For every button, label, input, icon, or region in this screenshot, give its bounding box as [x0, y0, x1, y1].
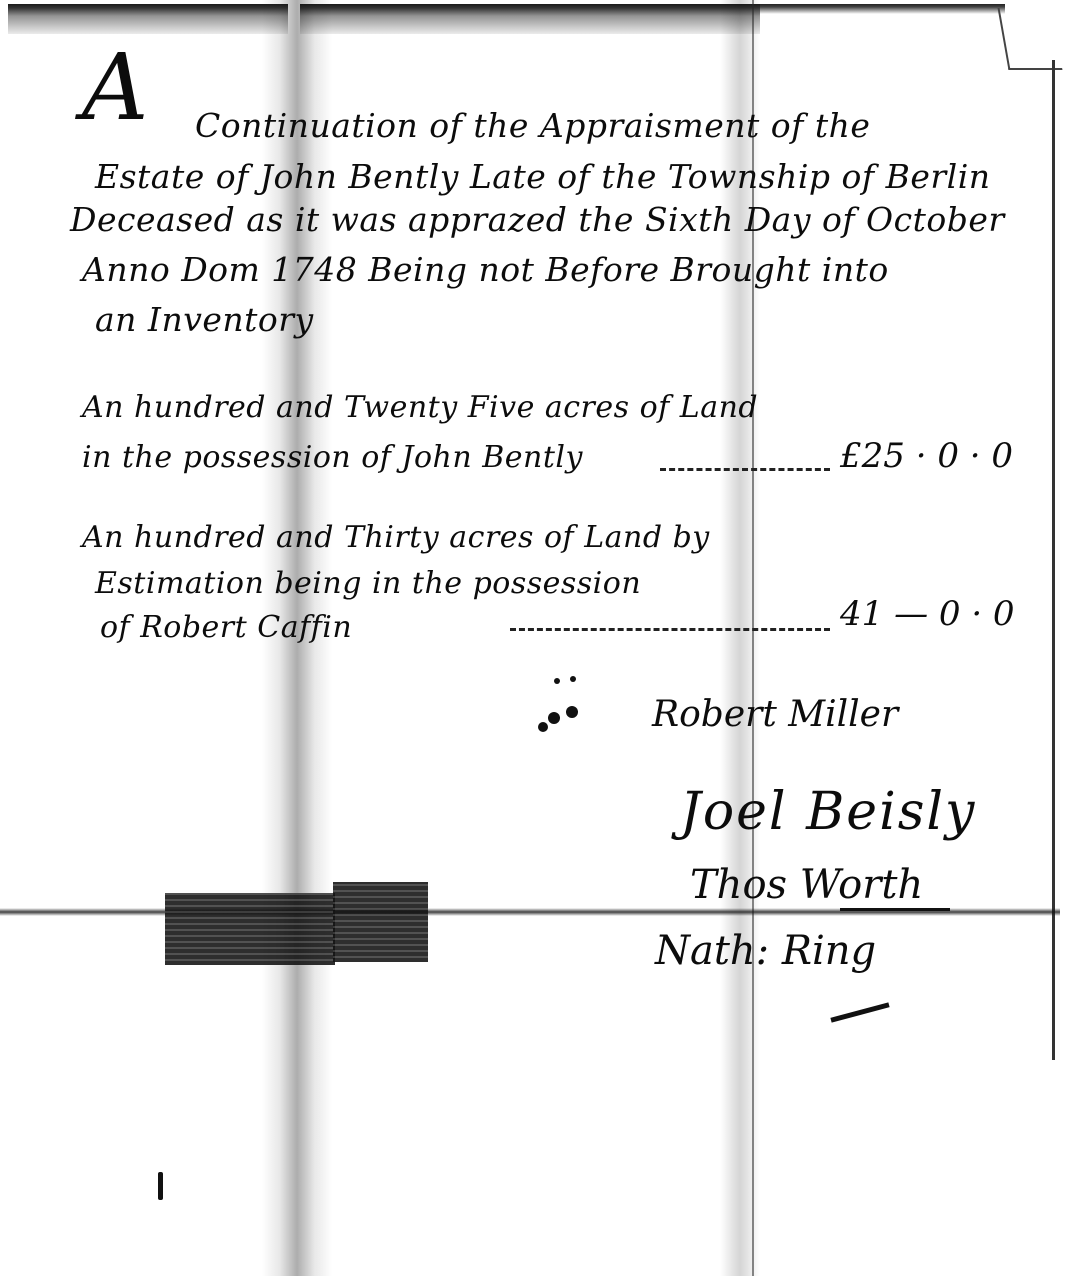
item-2-amount: 41 — 0 · 0: [840, 594, 1015, 634]
paper-top-edge-shadow: [300, 4, 760, 34]
heading-line-3: Deceased as it was apprazed the Sixth Da…: [70, 200, 1005, 239]
paper-top-edge-shadow: [8, 4, 288, 34]
signature-joel-beisly: Joel Beisly: [680, 782, 976, 842]
heading-line-2: Estate of John Bently Late of the Townsh…: [95, 157, 991, 196]
item-1-line-1: An hundred and Twenty Five acres of Land: [82, 390, 758, 425]
item-2-line-2: Estimation being in the possession: [95, 566, 641, 601]
heading-line-5: an Inventory: [95, 300, 314, 339]
ink-blot: [570, 676, 576, 682]
ink-mark: [158, 1172, 163, 1200]
item-2-line-1: An hundred and Thirty acres of Land by: [82, 520, 710, 555]
item-1-amount: £25 · 0 · 0: [840, 436, 1013, 476]
heading-line-4: Anno Dom 1748 Being not Before Brought i…: [82, 250, 889, 289]
item-1-line-2: in the possession of John Bently: [82, 440, 583, 475]
ink-blot: [548, 712, 560, 724]
ink-blot: [554, 678, 560, 684]
document-page: A Continuation of the Appraisment of the…: [0, 0, 1080, 1276]
heading-line-1: Continuation of the Appraisment of the: [195, 106, 870, 145]
ink-blot: [538, 722, 548, 732]
signature-thos-worth: Thos Worth: [690, 862, 923, 908]
ink-blot: [566, 706, 578, 718]
repair-tape: [333, 882, 428, 962]
heading-initial: A: [82, 42, 148, 134]
paper-top-edge: [760, 4, 1005, 14]
item-2-line-3: of Robert Caffin: [100, 610, 352, 645]
signature-flourish: [830, 1002, 889, 1022]
signature-flourish: [840, 908, 950, 911]
leader-dashes: [660, 468, 830, 471]
repair-tape: [165, 893, 335, 965]
signature-nath-ring: Nath: Ring: [655, 928, 876, 974]
signature-robert-miller: Robert Miller: [652, 694, 898, 735]
leader-dashes: [510, 628, 830, 631]
